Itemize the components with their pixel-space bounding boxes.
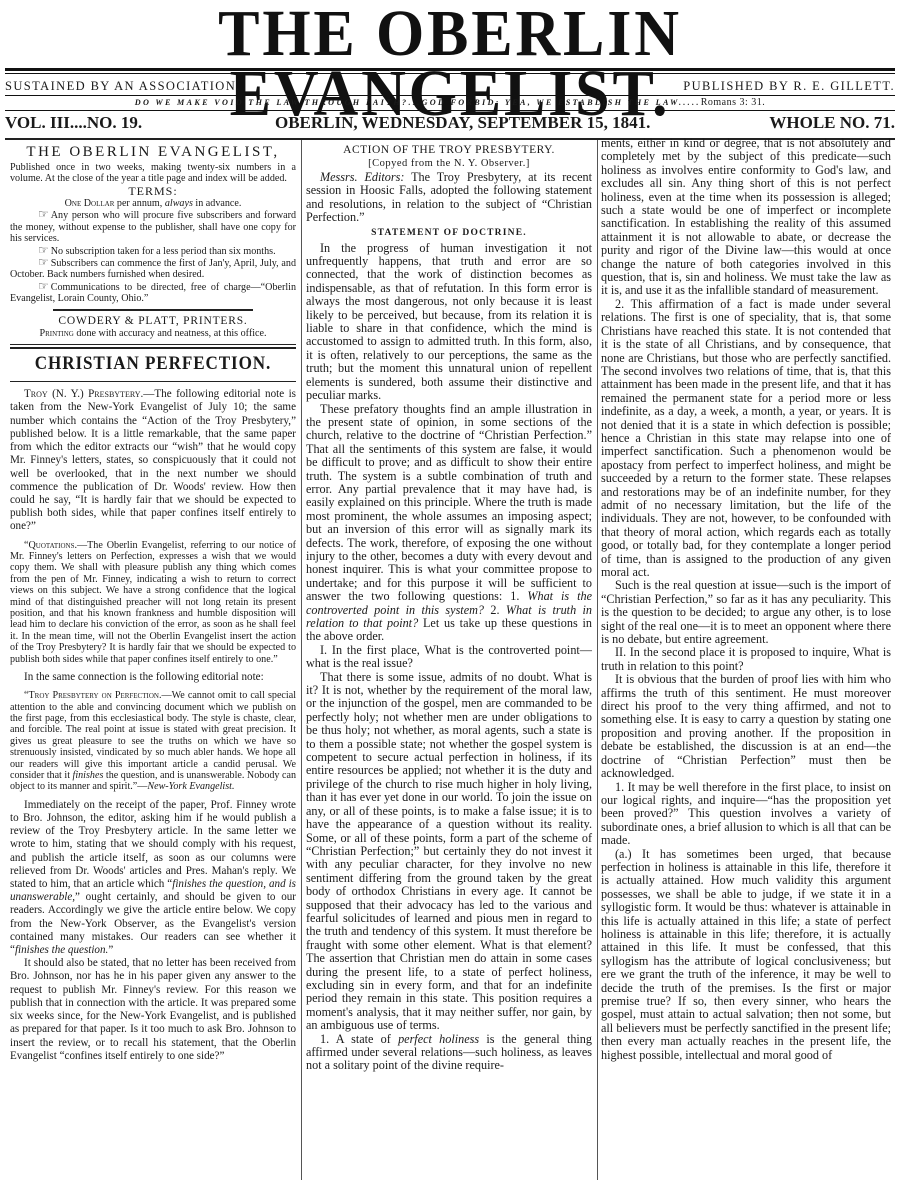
paragraph-text: 2.	[484, 603, 506, 617]
publisher-label: PUBLISHED BY R. E. GILLETT.	[683, 79, 895, 93]
printing-line: Printing done with accuracy and neatness…	[10, 328, 296, 339]
divider	[10, 381, 296, 382]
prospectus-intro: Published once in two weeks, making twen…	[10, 162, 296, 185]
section-title: CHRISTIAN PERFECTION.	[24, 353, 281, 375]
notice-item: ☞Communications to be directed, free of …	[10, 281, 296, 305]
whole-number: WHOLE NO. 71.	[769, 114, 895, 132]
pointing-hand-icon: ☞	[24, 281, 49, 292]
article-paragraph: 1. It may be well therefore in the first…	[601, 781, 891, 848]
column-divider	[597, 140, 598, 1180]
pointing-hand-icon: ☞	[24, 257, 49, 268]
column-3: ments, either in kind or degree, that is…	[601, 137, 891, 1062]
emphasis: finishes	[73, 770, 104, 781]
paragraph-lead: Troy (N. Y.) Presbytery.	[24, 388, 143, 400]
emphasis: perfect holiness	[398, 1032, 479, 1046]
quotation-paragraph: “Quotations.—The Oberlin Evangelist, ref…	[10, 540, 296, 665]
motto-rule-top	[5, 95, 895, 96]
editorial-paragraph: In the same connection is the following …	[10, 671, 296, 684]
notice-text: Any person who will procure five subscri…	[10, 210, 296, 244]
paragraph-text: —We cannot omit to call special attentio…	[10, 690, 296, 781]
motto-text: DO WE MAKE VOID THE LAW THROUGH FAITH?..…	[135, 98, 701, 107]
pointing-hand-icon: ☞	[24, 209, 49, 220]
article-paragraph: Such is the real question at issue—such …	[601, 579, 891, 646]
paragraph-text: —The Oberlin Evangelist, referring to ou…	[10, 540, 296, 665]
masthead-rule-thin	[5, 73, 895, 74]
article-paragraph: These prefatory thoughts find an ample i…	[306, 403, 592, 644]
notice-item: ☞Any person who will procure five subscr…	[10, 209, 296, 244]
volume-number: VOL. III....NO. 19.	[5, 114, 142, 132]
notice-text: Communications to be directed, free of c…	[10, 282, 296, 304]
subsection-heading: STATEMENT OF DOCTRINE.	[306, 227, 592, 240]
article-paragraph: That there is some issue, admits of no d…	[306, 671, 592, 1033]
printing-text: done with accuracy and neatness, at this…	[74, 328, 267, 339]
source-credit: New-York Evangelist.	[147, 781, 234, 792]
sustained-label: SUSTAINED BY AN ASSOCIATION.	[5, 79, 241, 93]
emphasis: finishes the question.	[15, 944, 108, 956]
price-text: per annum,	[114, 198, 164, 209]
paragraph-lead: “Quotations.	[24, 540, 77, 551]
article-paragraph: Messrs. Editors: The Troy Presbytery, at…	[306, 171, 592, 225]
article-paragraph: II. In the second place it is proposed t…	[601, 646, 891, 673]
terms-label: TERMS:	[10, 185, 296, 198]
masthead-rule	[5, 68, 895, 71]
article-paragraph: 2. This affirmation of a fact is made un…	[601, 298, 891, 580]
article-paragraph: It is obvious that the burden of proof l…	[601, 673, 891, 780]
divider	[10, 347, 296, 349]
divider	[53, 309, 253, 311]
motto-reference: Romans 3: 31.	[701, 97, 766, 108]
printing-lead: Printing	[39, 328, 73, 339]
paragraph-text: ”	[108, 944, 113, 956]
divider	[10, 344, 296, 345]
salutation: Messrs. Editors:	[320, 170, 404, 184]
price-amount: One Dollar	[65, 198, 115, 209]
motto: DO WE MAKE VOID THE LAW THROUGH FAITH?..…	[0, 98, 900, 108]
article-source: [Copyed from the N. Y. Observer.]	[306, 157, 592, 171]
paragraph-lead: “Troy Presbytery on Perfection.	[24, 690, 161, 701]
paragraph-text: —The following editorial note is taken f…	[10, 388, 296, 532]
paragraph-text: These prefatory thoughts find an ample i…	[306, 402, 592, 604]
editorial-paragraph: It should also be stated, that no letter…	[10, 957, 296, 1063]
dateline: OBERLIN, WEDNESDAY, SEPTEMBER 15, 1841.	[275, 114, 650, 132]
price-line: One Dollar per annum, always in advance.	[10, 198, 296, 209]
prospectus-title: THE OBERLIN EVANGELIST,	[10, 143, 296, 161]
column-divider	[301, 140, 302, 1180]
article-paragraph: 1. A state of perfect holiness is the ge…	[306, 1033, 592, 1073]
column-2: ACTION OF THE TROY PRESBYTERY. [Copyed f…	[306, 143, 592, 1073]
paragraph-text: 1. A state of	[320, 1032, 398, 1046]
notice-text: Subscribers can commence the first of Ja…	[10, 258, 296, 280]
quotation-paragraph: “Troy Presbytery on Perfection.—We canno…	[10, 690, 296, 793]
column-1: THE OBERLIN EVANGELIST, Published once i…	[10, 143, 296, 1063]
notice-item: ☞Subscribers can commence the first of J…	[10, 257, 296, 281]
notice-item: ☞No subscription taken for a less period…	[10, 245, 296, 257]
notice-text: No subscription taken for a less period …	[51, 246, 276, 257]
article-paragraph: In the progress of human investigation i…	[306, 242, 592, 403]
editorial-paragraph: Immediately on the receipt of the paper,…	[10, 799, 296, 957]
price-text-end: in advance.	[193, 198, 241, 209]
article-paragraph: I. In the first place, What is the contr…	[306, 644, 592, 671]
article-paragraph: ments, either in kind or degree, that is…	[601, 137, 891, 298]
paragraph-text: Immediately on the receipt of the paper,…	[10, 799, 296, 890]
editorial-paragraph: Troy (N. Y.) Presbytery.—The following e…	[10, 388, 296, 533]
article-title: ACTION OF THE TROY PRESBYTERY.	[306, 143, 592, 157]
article-paragraph: (a.) It has sometimes been urged, that b…	[601, 848, 891, 1063]
motto-rule-bottom	[5, 110, 895, 111]
price-emphasis: always	[165, 198, 193, 209]
printers-label: COWDERY & PLATT, PRINTERS.	[10, 315, 296, 328]
